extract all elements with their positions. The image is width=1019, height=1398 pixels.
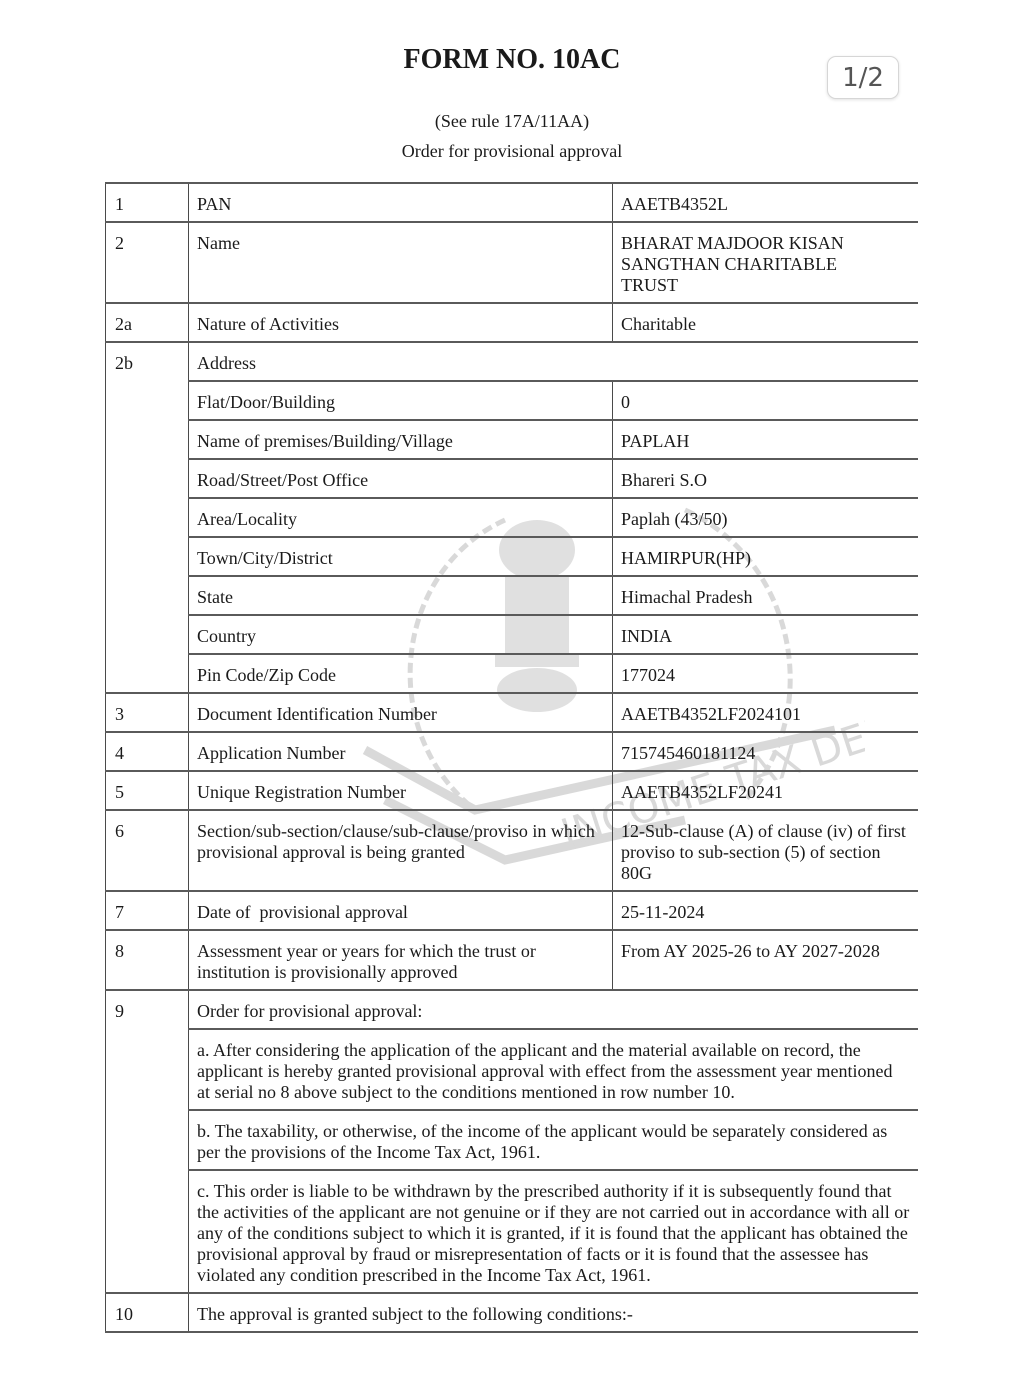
name-value: BHARAT MAJDOOR KISAN SANGTHAN CHARITABLE…	[613, 222, 919, 303]
row-number: 3	[106, 693, 189, 732]
address-value: Himachal Pradesh	[613, 576, 919, 615]
table-row: 6 Section/sub-section/clause/sub-clause/…	[106, 810, 919, 891]
field-label: Section/sub-section/clause/sub-clause/pr…	[189, 810, 613, 891]
row-number: 7	[106, 891, 189, 930]
address-label: Country	[189, 615, 613, 654]
address-row: Area/Locality Paplah (43/50)	[106, 498, 919, 537]
table-row: 2b Address	[106, 342, 919, 381]
address-label: Pin Code/Zip Code	[189, 654, 613, 693]
pan-value: AAETB4352L	[613, 183, 919, 222]
row-number: 10	[106, 1293, 189, 1332]
address-row: Road/Street/Post Office Bhareri S.O	[106, 459, 919, 498]
address-row: Pin Code/Zip Code 177024	[106, 654, 919, 693]
table-row: 9 Order for provisional approval:	[106, 990, 919, 1029]
approval-date-value: 25-11-2024	[613, 891, 919, 930]
address-row: Name of premises/Building/Village PAPLAH	[106, 420, 919, 459]
table-row: 3 Document Identification Number AAETB43…	[106, 693, 919, 732]
application-number-value: 715745460181124	[613, 732, 919, 771]
field-label: Assessment year or years for which the t…	[189, 930, 613, 990]
field-label: Document Identification Number	[189, 693, 613, 732]
address-value: INDIA	[613, 615, 919, 654]
address-label: Town/City/District	[189, 537, 613, 576]
address-label: Name of premises/Building/Village	[189, 420, 613, 459]
row-number: 8	[106, 930, 189, 990]
conditions-heading: The approval is granted subject to the f…	[189, 1293, 919, 1332]
table-row: 4 Application Number 715745460181124	[106, 732, 919, 771]
address-value: HAMIRPUR(HP)	[613, 537, 919, 576]
field-label: Application Number	[189, 732, 613, 771]
order-paragraph-c: c. This order is liable to be withdrawn …	[189, 1170, 919, 1293]
table-row: 8 Assessment year or years for which the…	[106, 930, 919, 990]
row-number: 2	[106, 222, 189, 303]
address-row: State Himachal Pradesh	[106, 576, 919, 615]
field-label: Address	[189, 342, 919, 381]
table-row: 7 Date of provisional approval 25-11-202…	[106, 891, 919, 930]
form-subtitle: Order for provisional approval	[0, 141, 1019, 162]
order-paragraph-row: b. The taxability, or otherwise, of the …	[106, 1110, 919, 1170]
address-value: PAPLAH	[613, 420, 919, 459]
row-number: 4	[106, 732, 189, 771]
address-value: Bhareri S.O	[613, 459, 919, 498]
field-label: Nature of Activities	[189, 303, 613, 342]
field-label: Date of provisional approval	[189, 891, 613, 930]
row-number: 2b	[106, 342, 189, 693]
address-row: Town/City/District HAMIRPUR(HP)	[106, 537, 919, 576]
row-number: 5	[106, 771, 189, 810]
address-row: Country INDIA	[106, 615, 919, 654]
field-label: Name	[189, 222, 613, 303]
address-label: Road/Street/Post Office	[189, 459, 613, 498]
document-id-value: AAETB4352LF2024101	[613, 693, 919, 732]
table-row: 2a Nature of Activities Charitable	[106, 303, 919, 342]
field-label: PAN	[189, 183, 613, 222]
order-paragraph-b: b. The taxability, or otherwise, of the …	[189, 1110, 919, 1170]
order-paragraph-row: c. This order is liable to be withdrawn …	[106, 1170, 919, 1293]
field-label: Unique Registration Number	[189, 771, 613, 810]
address-row: Flat/Door/Building 0	[106, 381, 919, 420]
address-value: Paplah (43/50)	[613, 498, 919, 537]
row-number: 2a	[106, 303, 189, 342]
nature-value: Charitable	[613, 303, 919, 342]
provisional-approval-table: 1 PAN AAETB4352L 2 Name BHARAT MAJDOOR K…	[105, 182, 918, 1333]
rule-reference: (See rule 17A/11AA)	[0, 111, 1019, 132]
address-label: Area/Locality	[189, 498, 613, 537]
table-row: 10 The approval is granted subject to th…	[106, 1293, 919, 1332]
row-number: 6	[106, 810, 189, 891]
address-value: 177024	[613, 654, 919, 693]
order-paragraph-a: a. After considering the application of …	[189, 1029, 919, 1110]
order-paragraph-row: a. After considering the application of …	[106, 1029, 919, 1110]
table-row: 5 Unique Registration Number AAETB4352LF…	[106, 771, 919, 810]
row-number: 9	[106, 990, 189, 1293]
page-indicator: 1/2	[827, 56, 899, 99]
table-row: 1 PAN AAETB4352L	[106, 183, 919, 222]
registration-number-value: AAETB4352LF20241	[613, 771, 919, 810]
address-label: State	[189, 576, 613, 615]
order-heading: Order for provisional approval:	[189, 990, 919, 1029]
address-label: Flat/Door/Building	[189, 381, 613, 420]
row-number: 1	[106, 183, 189, 222]
address-value: 0	[613, 381, 919, 420]
assessment-year-value: From AY 2025-26 to AY 2027-2028	[613, 930, 919, 990]
table-row: 2 Name BHARAT MAJDOOR KISAN SANGTHAN CHA…	[106, 222, 919, 303]
section-value: 12-Sub-clause (A) of clause (iv) of firs…	[613, 810, 919, 891]
